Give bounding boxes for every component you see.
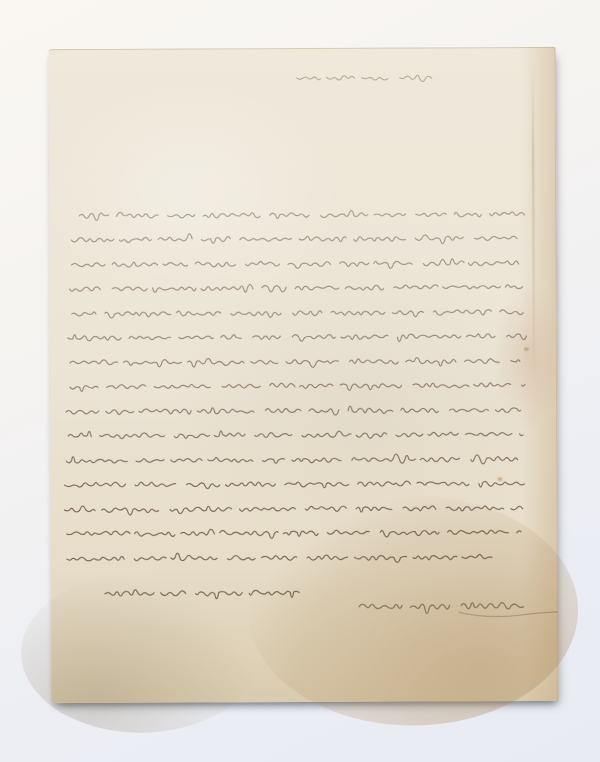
letter-sheet	[49, 47, 559, 703]
body-handwriting	[63, 210, 527, 564]
photo-background	[0, 0, 600, 762]
handwriting-layer	[49, 47, 559, 703]
signature-handwriting	[359, 602, 558, 617]
date-line-handwriting	[297, 75, 432, 82]
closing-handwriting	[105, 589, 299, 599]
